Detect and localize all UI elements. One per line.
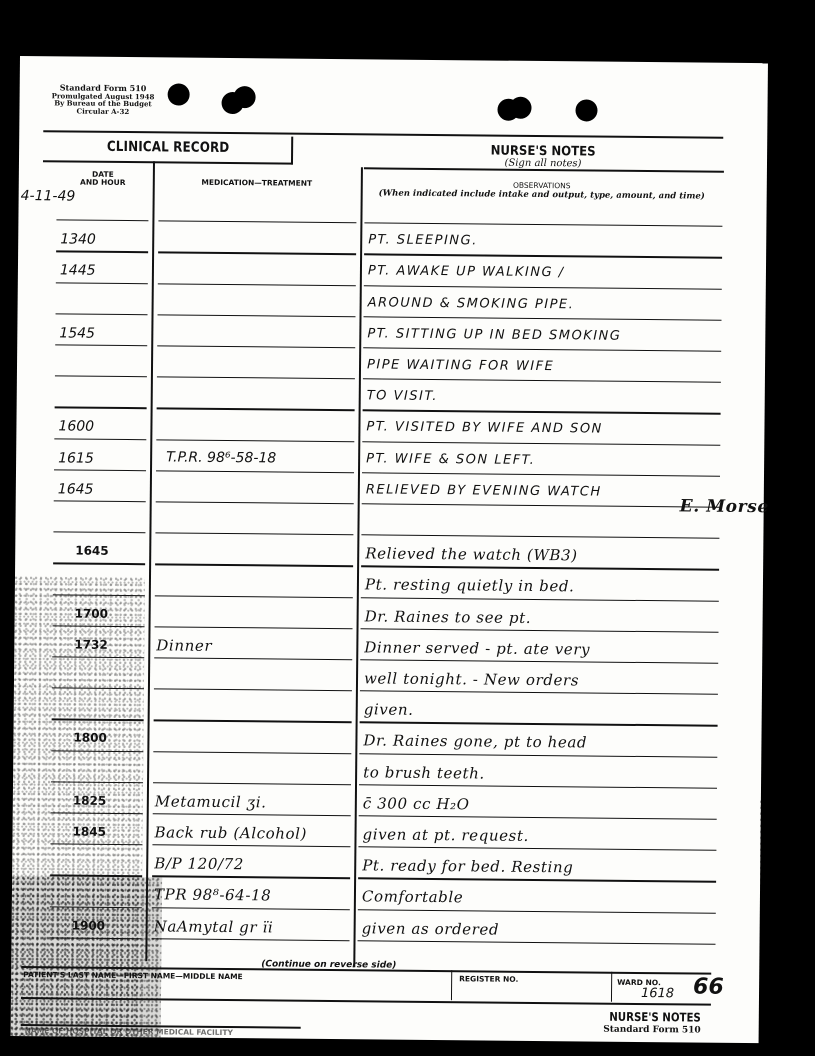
entry-medication: TPR 98⁸-64-18 <box>154 886 272 905</box>
entry-observation: Dr. Raines to see pt. <box>365 607 532 627</box>
punch-hole-icon <box>509 97 531 119</box>
entry-observation: PT. SITTING UP IN BED SMOKING <box>367 326 621 343</box>
footer-form-title: NURSE'S NOTES <box>599 1010 701 1025</box>
ward-number: 1618 <box>641 986 674 1001</box>
entry-time: 1340 <box>60 232 96 248</box>
footer-form-number: Standard Form 510 <box>589 1025 701 1036</box>
entry-time: 1545 <box>59 325 95 341</box>
entry-medication: B/P 120/72 <box>154 855 244 874</box>
entry-observation: given as ordered <box>362 919 500 938</box>
entry-medication: Back rub (Alcohol) <box>154 823 307 842</box>
entry-observation: given at pt. request. <box>362 825 529 845</box>
entry-observation: PT. AWAKE UP WALKING / <box>368 264 565 281</box>
nurse-signature: E. Morse <box>680 496 769 517</box>
entry-observation: c̄ 300 cc H₂O <box>363 794 470 813</box>
punch-hole-icon <box>234 86 256 108</box>
entry-observation: Pt. resting quietly in bed. <box>365 576 575 596</box>
entry-time: 1645 <box>75 544 109 558</box>
patient-name-label: PATIENT'S LAST NAME—FIRST NAME—MIDDLE NA… <box>23 970 243 981</box>
entry-medication: NaAmytal gr ïi <box>154 917 274 936</box>
entry-observation: RELIEVED BY EVENING WATCH <box>366 482 602 499</box>
punch-hole-icon <box>168 83 190 105</box>
entry-time: 1600 <box>58 419 94 435</box>
date-hour-header: DATE AND HOUR <box>57 170 149 187</box>
entry-medication: Metamucil ʒi. <box>155 792 267 811</box>
entry-observation: PT. VISITED BY WIFE AND SON <box>366 420 602 437</box>
entry-observation: PIPE WAITING FOR WIFE <box>367 357 554 374</box>
entry-time: 1825 <box>73 793 107 807</box>
hour-header: AND HOUR <box>57 178 149 187</box>
entry-medication: T.P.R. 98⁶-58-18 <box>166 449 276 466</box>
entry-time: 1615 <box>58 450 94 466</box>
page-number: 66 <box>693 975 724 1000</box>
entry-observation: PT. WIFE & SON LEFT. <box>366 451 535 468</box>
entry-observation: PT. SLEEPING. <box>368 233 478 249</box>
entry-time: 1800 <box>73 731 107 745</box>
entry-observation: to brush teeth. <box>363 763 485 782</box>
punch-hole-icon <box>575 99 597 121</box>
entry-time: 1445 <box>60 263 96 279</box>
observations-note: (When indicated include intake and outpu… <box>357 188 727 202</box>
entry-time: 1645 <box>58 481 94 497</box>
entry-observation: well tonight. - New orders <box>364 669 579 689</box>
entry-observation: given. <box>364 701 414 719</box>
hospital-label: NAME OF HOSPITAL OR OTHER MEDICAL FACILI… <box>25 1026 233 1037</box>
entry-time: 1900 <box>72 918 106 932</box>
form-header: Standard Form 510 Promulgated August 194… <box>51 84 154 115</box>
scan-noise <box>760 800 815 920</box>
entry-observation: Dr. Raines gone, pt to head <box>363 732 587 752</box>
medication-header: MEDICATION—TREATMENT <box>157 178 357 188</box>
entry-observation: TO VISIT. <box>367 389 438 405</box>
entry-observation: AROUND & SMOKING PIPE. <box>368 295 575 312</box>
clinical-record-title: CLINICAL RECORD <box>62 138 275 156</box>
entry-observation: Pt. ready for bed. Resting <box>362 857 573 877</box>
observations-header: OBSERVATIONS (When indicated include int… <box>357 179 727 202</box>
entry-time: 1732 <box>74 637 108 651</box>
entry-time: 1845 <box>72 825 106 839</box>
entry-observation: Relieved the watch (WB3) <box>365 545 578 565</box>
entry-medication: Dinner <box>156 636 212 655</box>
notes-table: 4-11-491340PT. SLEEPING.1445PT. AWAKE UP… <box>20 56 768 63</box>
nurses-notes-form: Standard Form 510 Promulgated August 194… <box>11 56 768 1043</box>
entry-observation: Comfortable <box>362 888 464 907</box>
entry-time: 1700 <box>75 606 109 620</box>
register-label: REGISTER NO. <box>459 974 518 984</box>
entry-time: 4-11-49 <box>21 188 76 205</box>
entry-observation: Dinner served - pt. ate very <box>364 638 590 658</box>
scan-noise <box>11 876 163 1037</box>
